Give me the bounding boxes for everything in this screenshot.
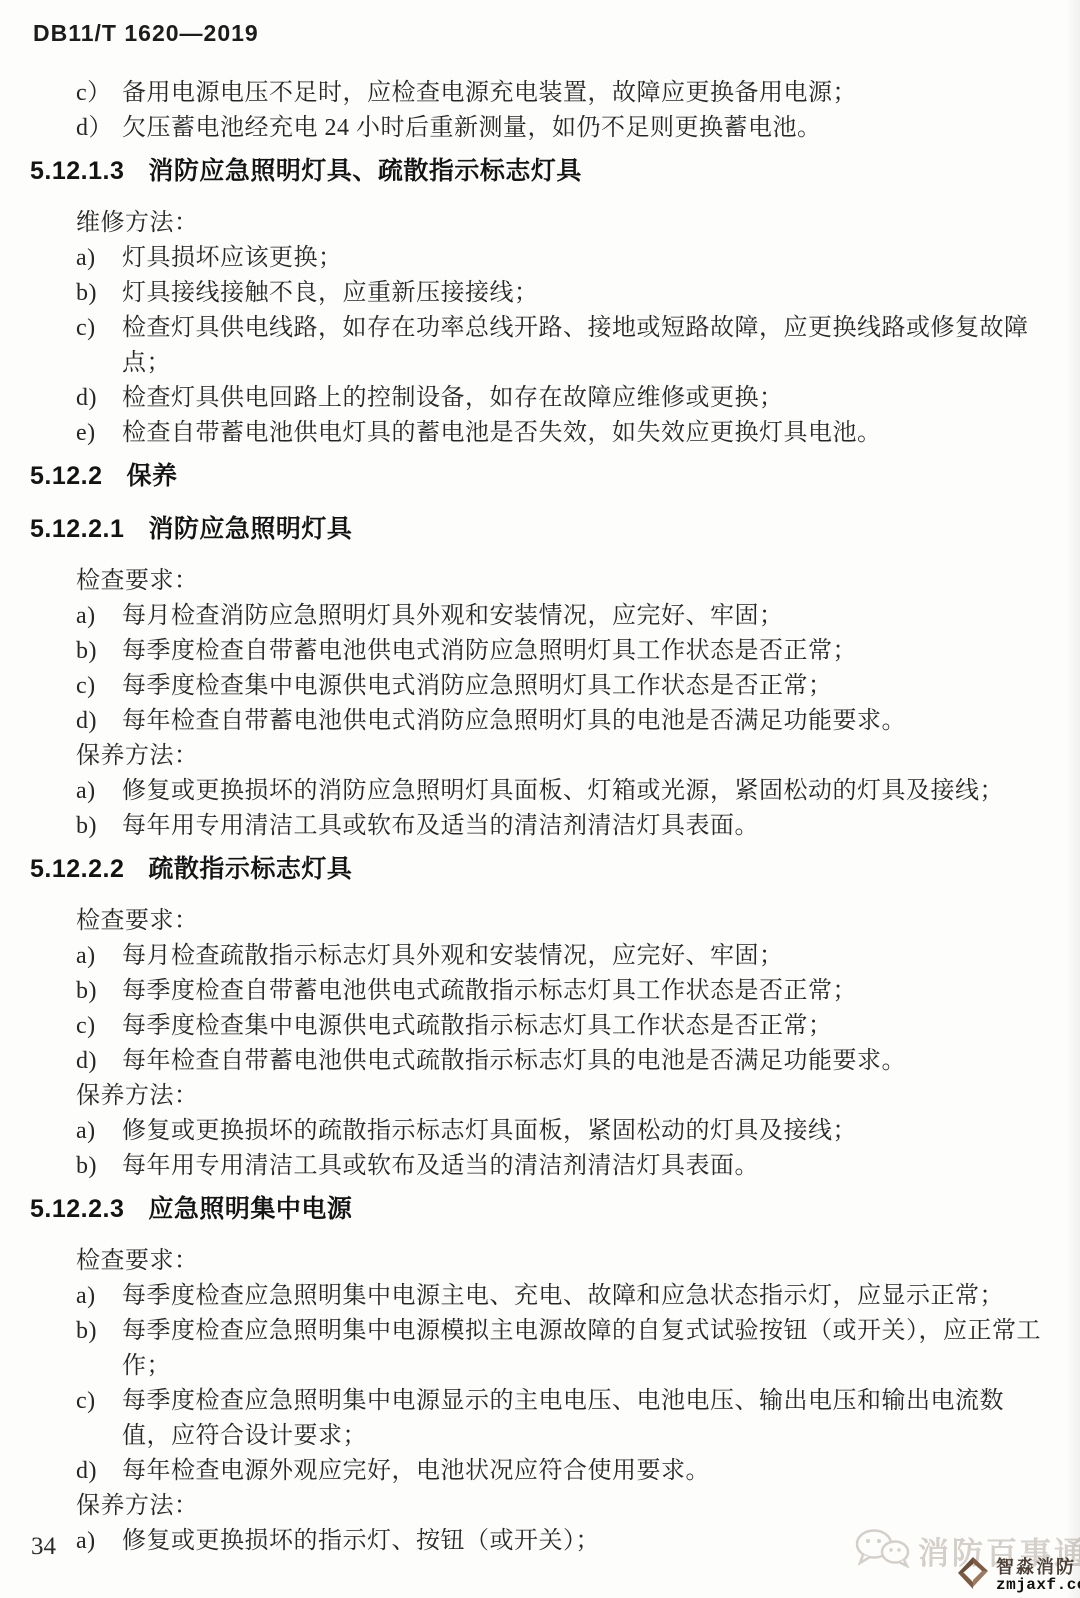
list-marker: d) <box>76 381 122 416</box>
list-marker: a) <box>76 241 122 276</box>
list-marker: c） <box>76 76 122 111</box>
list-label: 检查要求： <box>76 904 1050 939</box>
list-item: c）备用电源电压不足时，应检查电源充电装置，故障应更换备用电源； <box>76 76 1050 111</box>
list-marker: c) <box>76 311 122 381</box>
list-item-text: 备用电源电压不足时，应检查电源充电装置，故障应更换备用电源； <box>122 76 857 111</box>
list-item: d)每年检查自带蓄电池供电式消防应急照明灯具的电池是否满足功能要求。 <box>76 704 1050 739</box>
list-item: b)每年用专用清洁工具或软布及适当的清洁剂清洁灯具表面。 <box>76 1149 1050 1184</box>
document-code: DB11/T 1620—2019 <box>33 20 259 47</box>
list-item: c)每季度检查集中电源供电式疏散指示标志灯具工作状态是否正常； <box>76 1009 1050 1044</box>
section-number: 5.12.1.3 <box>30 157 124 185</box>
list-item-text: 每月检查消防应急照明灯具外观和安装情况，应完好、牢固； <box>122 599 784 634</box>
list-marker: a) <box>76 1114 122 1149</box>
list-item-text: 每季度检查应急照明集中电源模拟主电源故障的自复式试验按钮（或开关），应正常工作； <box>122 1314 1047 1384</box>
list-item: d）欠压蓄电池经充电 24 小时后重新测量，如仍不足则更换蓄电池。 <box>76 111 1050 146</box>
list-marker: e) <box>76 416 122 451</box>
list-marker: b) <box>76 1314 122 1384</box>
list-marker: b) <box>76 974 122 1009</box>
list-marker: b) <box>76 634 122 669</box>
list-label: 保养方法： <box>76 1489 1050 1524</box>
list-item: b)灯具接线接触不良，应重新压接接线； <box>76 276 1050 311</box>
list-item: b)每季度检查应急照明集中电源模拟主电源故障的自复式试验按钮（或开关），应正常工… <box>76 1314 1050 1384</box>
list-item-text: 每季度检查自带蓄电池供电式疏散指示标志灯具工作状态是否正常； <box>122 974 857 1009</box>
list-item: c)每季度检查集中电源供电式消防应急照明灯具工作状态是否正常； <box>76 669 1050 704</box>
section-number: 5.12.2.1 <box>30 515 124 543</box>
list-item: d)每年检查自带蓄电池供电式疏散指示标志灯具的电池是否满足功能要求。 <box>76 1044 1050 1079</box>
list-marker: b) <box>76 1149 122 1184</box>
list-marker: a) <box>76 939 122 974</box>
list-item: e)检查自带蓄电池供电灯具的蓄电池是否失效，如失效应更换灯具电池。 <box>76 416 1050 451</box>
list-marker: a) <box>76 1279 122 1314</box>
list-item: a)修复或更换损坏的疏散指示标志灯具面板，紧固松动的灯具及接线； <box>76 1114 1050 1149</box>
list-item: c)每季度检查应急照明集中电源显示的主电电压、电池电压、输出电压和输出电流数值，… <box>76 1384 1050 1454</box>
list-item-text: 每年检查自带蓄电池供电式消防应急照明灯具的电池是否满足功能要求。 <box>122 704 906 739</box>
section-heading: 5.12.2.1消防应急照明灯具 <box>30 511 1050 548</box>
site-logo-url: zmjaxf.com <box>996 1577 1080 1594</box>
list-marker: b) <box>76 276 122 311</box>
list-item-text: 每年用专用清洁工具或软布及适当的清洁剂清洁灯具表面。 <box>122 809 759 844</box>
list-item-text: 检查自带蓄电池供电灯具的蓄电池是否失效，如失效应更换灯具电池。 <box>122 416 882 451</box>
list-item: a)灯具损坏应该更换； <box>76 241 1050 276</box>
list-item: a)每月检查疏散指示标志灯具外观和安装情况，应完好、牢固； <box>76 939 1050 974</box>
list-item-text: 每月检查疏散指示标志灯具外观和安装情况，应完好、牢固； <box>122 939 784 974</box>
list-item: b)每季度检查自带蓄电池供电式疏散指示标志灯具工作状态是否正常； <box>76 974 1050 1009</box>
list-label: 检查要求： <box>76 1244 1050 1279</box>
site-logo-texts: 智淼消防 zmjaxf.com <box>996 1558 1080 1594</box>
list-item: b)每季度检查自带蓄电池供电式消防应急照明灯具工作状态是否正常； <box>76 634 1050 669</box>
list-marker: d) <box>76 1044 122 1079</box>
list-label: 保养方法： <box>76 739 1050 774</box>
list-item: a)修复或更换损坏的消防应急照明灯具面板、灯箱或光源，紧固松动的灯具及接线； <box>76 774 1050 809</box>
list-item-text: 修复或更换损坏的消防应急照明灯具面板、灯箱或光源，紧固松动的灯具及接线； <box>122 774 1004 809</box>
list-label: 保养方法： <box>76 1079 1050 1114</box>
list-item-text: 检查灯具供电线路，如存在功率总线开路、接地或短路故障，应更换线路或修复故障点； <box>122 311 1047 381</box>
site-logo-block: 智淼消防 zmjaxf.com <box>955 1556 1080 1595</box>
list-item: a)每季度检查应急照明集中电源主电、充电、故障和应急状态指示灯，应显示正常； <box>76 1279 1050 1314</box>
section-heading: 5.12.1.3消防应急照明灯具、疏散指示标志灯具 <box>30 153 1050 190</box>
list-marker: a) <box>76 1524 122 1559</box>
list-item: c)检查灯具供电线路，如存在功率总线开路、接地或短路故障，应更换线路或修复故障点… <box>76 311 1050 381</box>
list-item-text: 每季度检查应急照明集中电源主电、充电、故障和应急状态指示灯，应显示正常； <box>122 1279 1004 1314</box>
list-marker: d） <box>76 111 122 146</box>
list-item: b)每年用专用清洁工具或软布及适当的清洁剂清洁灯具表面。 <box>76 809 1050 844</box>
list-marker: a) <box>76 599 122 634</box>
document-page: DB11/T 1620—2019 c）备用电源电压不足时，应检查电源充电装置，故… <box>0 0 1080 1598</box>
list-item-text: 检查灯具供电回路上的控制设备，如存在故障应维修或更换； <box>122 381 784 416</box>
list-item-text: 每年检查自带蓄电池供电式疏散指示标志灯具的电池是否满足功能要求。 <box>122 1044 906 1079</box>
list-marker: c) <box>76 1384 122 1454</box>
list-label: 维修方法： <box>76 206 1050 241</box>
section-title: 保养 <box>127 462 178 490</box>
list-item-text: 灯具接线接触不良，应重新压接接线； <box>122 276 539 311</box>
section-number: 5.12.2.3 <box>30 1195 124 1223</box>
site-logo-brand: 智淼消防 <box>996 1558 1080 1577</box>
list-item-text: 灯具损坏应该更换； <box>122 241 343 276</box>
list-label: 检查要求： <box>76 564 1050 599</box>
section-heading: 5.12.2.2疏散指示标志灯具 <box>30 851 1050 888</box>
list-marker: a) <box>76 774 122 809</box>
section-heading: 5.12.2保养 <box>30 458 1050 495</box>
list-marker: c) <box>76 1009 122 1044</box>
diamond-logo-icon <box>955 1556 991 1595</box>
section-title: 疏散指示标志灯具 <box>148 855 352 883</box>
section-heading: 5.12.2.3应急照明集中电源 <box>30 1191 1050 1228</box>
list-marker: b) <box>76 809 122 844</box>
section-number: 5.12.2.2 <box>30 855 124 883</box>
list-item-text: 欠压蓄电池经充电 24 小时后重新测量，如仍不足则更换蓄电池。 <box>122 111 822 146</box>
document-content: c）备用电源电压不足时，应检查电源充电装置，故障应更换备用电源；d）欠压蓄电池经… <box>30 76 1050 1559</box>
list-item-text: 每年用专用清洁工具或软布及适当的清洁剂清洁灯具表面。 <box>122 1149 759 1184</box>
section-number: 5.12.2 <box>30 462 103 490</box>
page-number: 34 <box>31 1533 56 1561</box>
list-marker: c) <box>76 669 122 704</box>
list-item-text: 每年检查电源外观应完好，电池状况应符合使用要求。 <box>122 1454 710 1489</box>
list-item-text: 每季度检查自带蓄电池供电式消防应急照明灯具工作状态是否正常； <box>122 634 857 669</box>
list-item-text: 每季度检查应急照明集中电源显示的主电电压、电池电压、输出电压和输出电流数值，应符… <box>122 1384 1047 1454</box>
list-item-text: 每季度检查集中电源供电式疏散指示标志灯具工作状态是否正常； <box>122 1009 833 1044</box>
list-item: d)检查灯具供电回路上的控制设备，如存在故障应维修或更换； <box>76 381 1050 416</box>
list-item: a)每月检查消防应急照明灯具外观和安装情况，应完好、牢固； <box>76 599 1050 634</box>
list-marker: d) <box>76 704 122 739</box>
section-title: 消防应急照明灯具 <box>148 515 352 543</box>
chat-bubbles-icon <box>854 1528 912 1573</box>
list-item: d)每年检查电源外观应完好，电池状况应符合使用要求。 <box>76 1454 1050 1489</box>
section-title: 消防应急照明灯具、疏散指示标志灯具 <box>148 157 582 185</box>
list-item-text: 修复或更换损坏的疏散指示标志灯具面板，紧固松动的灯具及接线； <box>122 1114 857 1149</box>
section-title: 应急照明集中电源 <box>148 1195 352 1223</box>
list-item-text: 每季度检查集中电源供电式消防应急照明灯具工作状态是否正常； <box>122 669 833 704</box>
list-item-text: 修复或更换损坏的指示灯、按钮（或开关）； <box>122 1524 600 1559</box>
list-marker: d) <box>76 1454 122 1489</box>
